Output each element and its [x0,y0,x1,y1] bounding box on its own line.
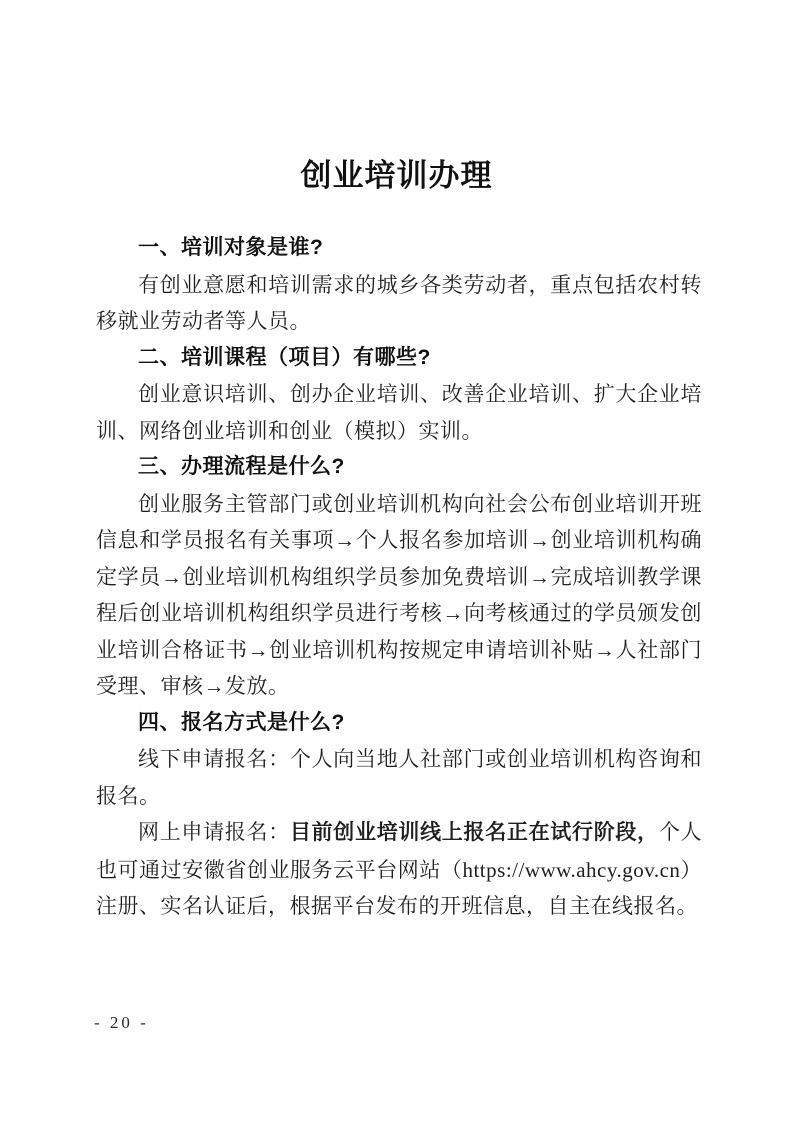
section-4-online-paragraph: 网上申请报名：目前创业培训线上报名正在试行阶段，个人也可通过安徽省创业服务云平台… [96,814,702,925]
page-number: - 20 - [94,1013,149,1033]
document-title: 创业培训办理 [0,150,793,195]
section-1-paragraph: 有创业意愿和培训需求的城乡各类劳动者，重点包括农村转移就业劳动者等人员。 [96,267,702,340]
section-2-heading: 二、培训课程（项目）有哪些? [96,340,702,377]
section-1-heading: 一、培训对象是谁? [96,230,702,267]
online-signup-bold-notice: 目前创业培训线上报名正在试行阶段， [290,821,659,844]
document-body: 一、培训对象是谁? 有创业意愿和培训需求的城乡各类劳动者，重点包括农村转移就业劳… [96,230,702,925]
section-3-heading: 三、办理流程是什么? [96,449,702,486]
online-signup-prefix: 网上申请报名： [138,820,290,844]
section-4-heading: 四、报名方式是什么? [96,705,702,742]
document-page: 创业培训办理 一、培训对象是谁? 有创业意愿和培训需求的城乡各类劳动者，重点包括… [0,0,793,1122]
section-2-paragraph: 创业意识培训、创办企业培训、改善企业培训、扩大企业培训、网络创业培训和创业（模拟… [96,376,702,449]
section-4-offline-paragraph: 线下申请报名：个人向当地人社部门或创业培训机构咨询和报名。 [96,741,702,814]
section-3-paragraph: 创业服务主管部门或创业培训机构向社会公布创业培训开班信息和学员报名有关事项→个人… [96,486,702,705]
